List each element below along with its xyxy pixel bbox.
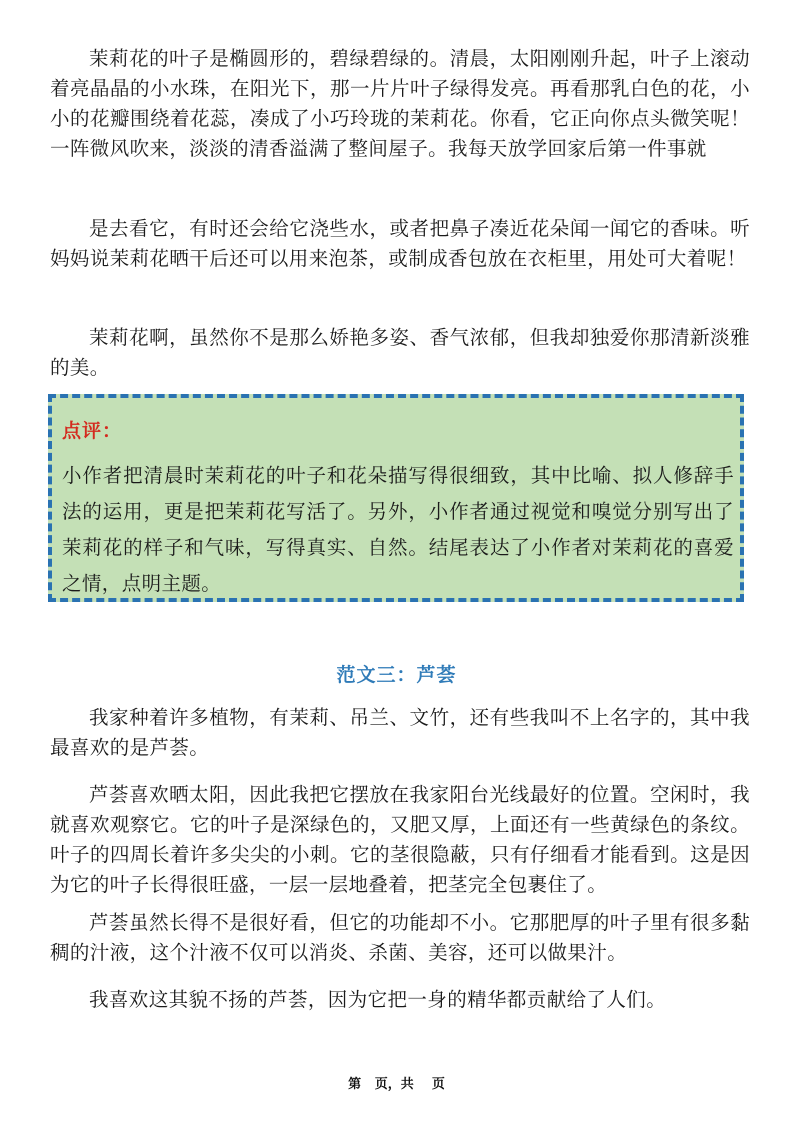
essay-paragraph: 我家种着许多植物，有茉莉、吊兰、文竹，还有些我叫不上名字的，其中我最喜欢的是芦荟… [50,703,750,763]
comment-label: 点评： [62,416,122,443]
essay-paragraph: 芦荟喜欢晒太阳，因此我把它摆放在我家阳台光线最好的位置。空闲时，我就喜欢观察它。… [50,780,750,900]
essay-paragraph: 是去看它，有时还会给它浇些水，或者把鼻子凑近花朵闻一闻它的香味。听妈妈说茉莉花晒… [50,214,750,274]
section-title: 范文三：芦荟 [0,660,793,687]
page-footer: 第 页，共 页 [0,1073,793,1092]
essay-paragraph: 茉莉花啊，虽然你不是那么娇艳多姿、香气浓郁，但我却独爱你那清新淡雅的美。 [50,323,750,383]
essay-paragraph: 芦荟虽然长得不是很好看，但它的功能却不小。它那肥厚的叶子里有很多黏稠的汁液，这个… [50,908,750,968]
essay-paragraph: 茉莉花的叶子是椭圆形的，碧绿碧绿的。清晨，太阳刚刚升起，叶子上滚动着亮晶晶的小水… [50,44,750,164]
comment-text: 小作者把清晨时茉莉花的叶子和花朵描写得很细致，其中比喻、拟人修辞手法的运用，更是… [62,458,734,602]
document-page: 茉莉花的叶子是椭圆形的，碧绿碧绿的。清晨，太阳刚刚升起，叶子上滚动着亮晶晶的小水… [0,0,793,1122]
essay-paragraph: 我喜欢这其貌不扬的芦荟，因为它把一身的精华都贡献给了人们。 [50,985,750,1015]
comment-box: 点评： 小作者把清晨时茉莉花的叶子和花朵描写得很细致，其中比喻、拟人修辞手法的运… [48,394,744,602]
